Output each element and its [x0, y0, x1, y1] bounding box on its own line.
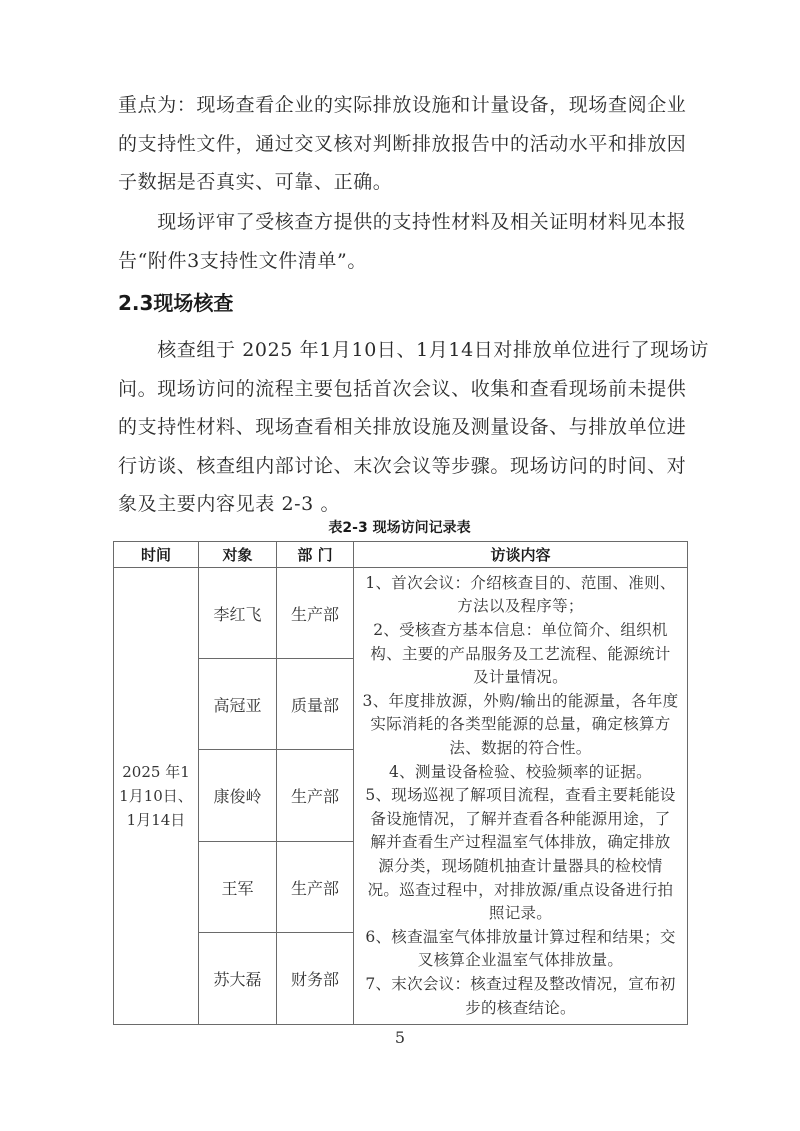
interview-content-cell: 1、首次会议：介绍核查目的、范围、准则、 方法以及程序等； 2、受核查方基本信息… [354, 568, 688, 1025]
text-line: 问。现场访问的流程主要包括首次会议、收集和查看现场前未提供 [118, 370, 684, 409]
text-line: 重点为：现场查看企业的实际排放设施和计量设备，现场查阅企业 [118, 86, 684, 125]
header-department: 部 门 [277, 542, 354, 568]
table-row: 2025 年1 1月10日、 1月14日 李红飞 生产部 1、首次会议：介绍核查… [114, 568, 688, 659]
content-line: 6、核查温室气体排放量计算过程和结果；交 [354, 926, 687, 950]
header-person: 对象 [199, 542, 277, 568]
content-line: 构、主要的产品服务及工艺流程、能源统计 [354, 643, 687, 667]
content-line: 及计量情况。 [354, 666, 687, 690]
paragraph-supporting-materials: 现场评审了受核查方提供的支持性材料及相关证明材料见本报 告“附件3支持性文件清单… [118, 203, 684, 280]
department-cell: 财务部 [277, 933, 354, 1025]
text-line: 子数据是否真实、可靠、正确。 [118, 163, 684, 202]
section-heading: 2.3现场核查 [118, 287, 233, 316]
content-line: 步的核查结论。 [354, 997, 687, 1021]
visit-time-cell: 2025 年1 1月10日、 1月14日 [114, 568, 199, 1025]
department-cell: 生产部 [277, 750, 354, 842]
content-line: 法、数据的符合性。 [354, 737, 687, 761]
page-number: 5 [0, 1028, 800, 1047]
content-line: 照记录。 [354, 902, 687, 926]
department-cell: 生产部 [277, 568, 354, 659]
content-line: 3、年度排放源，外购/输出的能源量，各年度 [354, 690, 687, 714]
text-line: 现场评审了受核查方提供的支持性材料及相关证明材料见本报 [118, 203, 684, 242]
content-line: 源分类，现场随机抽查计量器具的检校情 [354, 855, 687, 879]
paragraph-verification-focus: 重点为：现场查看企业的实际排放设施和计量设备，现场查阅企业 的支持性文件，通过交… [118, 86, 684, 202]
site-visit-record-table: 时间 对象 部 门 访谈内容 2025 年1 1月10日、 1月14日 李红飞 … [113, 541, 688, 1025]
paragraph-site-visit: 核查组于 2025 年1月10日、1月14日对排放单位进行了现场访 问。现场访问… [118, 331, 684, 524]
content-line: 解并查看生产过程温室气体排放，确定排放 [354, 831, 687, 855]
text-line: 告“附件3支持性文件清单”。 [118, 242, 684, 281]
person-cell: 王军 [199, 842, 277, 933]
text-line: 的支持性文件，通过交叉核对判断排放报告中的活动水平和排放因 [118, 125, 684, 164]
content-line: 5、现场巡视了解项目流程，查看主要耗能设 [354, 784, 687, 808]
content-line: 实际消耗的各类型能源的总量，确定核算方 [354, 713, 687, 737]
time-line: 2025 年1 [114, 760, 198, 784]
content-line: 叉核算企业温室气体排放量。 [354, 949, 687, 973]
header-time: 时间 [114, 542, 199, 568]
content-line: 7、末次会议：核查过程及整改情况，宣布初 [354, 973, 687, 997]
department-cell: 质量部 [277, 659, 354, 750]
content-line: 备设施情况，了解并查看各种能源用途，了 [354, 808, 687, 832]
text-line: 核查组于 2025 年1月10日、1月14日对排放单位进行了现场访 [118, 331, 684, 370]
table-header-row: 时间 对象 部 门 访谈内容 [114, 542, 688, 568]
department-cell: 生产部 [277, 842, 354, 933]
content-line: 1、首次会议：介绍核查目的、范围、准则、 [354, 572, 687, 596]
table-caption: 表2-3 现场访问记录表 [113, 517, 686, 537]
person-cell: 李红飞 [199, 568, 277, 659]
content-line: 2、受核查方基本信息：单位简介、组织机 [354, 619, 687, 643]
content-line: 4、测量设备检验、校验频率的证据。 [354, 761, 687, 785]
text-line: 的支持性材料、现场查看相关排放设施及测量设备、与排放单位进 [118, 408, 684, 447]
text-line: 行访谈、核查组内部讨论、末次会议等步骤。现场访问的时间、对 [118, 447, 684, 486]
content-line: 况。巡查过程中，对排放源/重点设备进行拍 [354, 879, 687, 903]
person-cell: 高冠亚 [199, 659, 277, 750]
time-line: 1月10日、 [114, 784, 198, 808]
person-cell: 康俊岭 [199, 750, 277, 842]
person-cell: 苏大磊 [199, 933, 277, 1025]
header-interview-content: 访谈内容 [354, 542, 688, 568]
content-line: 方法以及程序等； [354, 595, 687, 619]
time-line: 1月14日 [114, 808, 198, 832]
